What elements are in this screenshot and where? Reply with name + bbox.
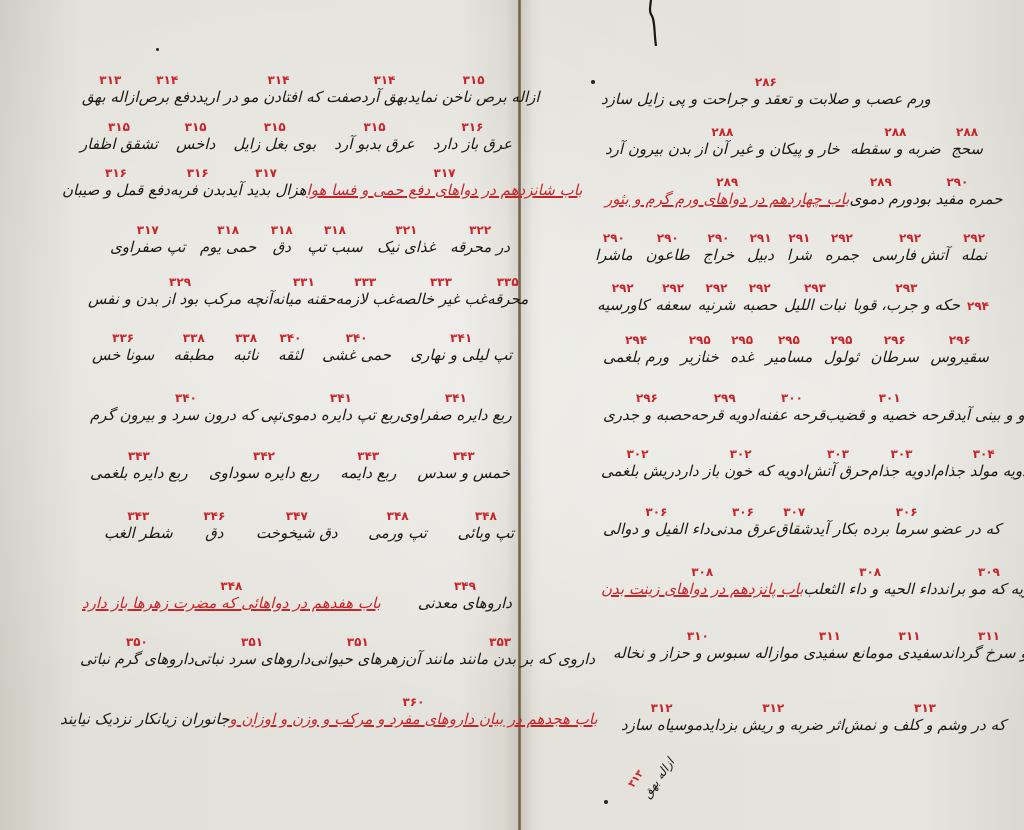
page-number: ۲۹۲ (963, 232, 985, 244)
index-entry: ۳۴۶دق (203, 510, 225, 542)
entry-title: ماشرا (595, 246, 633, 264)
index-entry: ۳۴۳شطر الغب (104, 510, 173, 542)
entry-title: در محرقه (450, 238, 510, 256)
page-number: ۳۱۳ (99, 74, 121, 86)
index-entry: ۳۰۶داء الفیل و دوالی (603, 506, 710, 538)
page-number: ۳۱۶ (105, 167, 127, 179)
page-number: ۳۰۸ (691, 566, 713, 578)
index-entry: ۳۰۹ادویه که مو براند (937, 566, 1024, 598)
index-entry: ۲۸۸ضربه و سقطه (850, 126, 941, 158)
page-number: ۳۱۴ (373, 74, 395, 86)
page-number: ۳۴۲ (253, 450, 275, 462)
page-number: ۲۹۵ (689, 334, 711, 346)
entry-title: آتش فارسی (872, 246, 948, 264)
index-entry: ۳۱۱مو سرخ گرداند (942, 630, 1024, 662)
entry-title: ادویه مولد جذام (934, 462, 1024, 480)
entry-title: ربع دایره بلغمی (90, 464, 188, 482)
entry-title: صفت که افتادن مو در ارید (196, 88, 361, 106)
entry-title: ادویه جذام (869, 462, 935, 480)
index-row: ۳۲۹آنچه مرکب بود از بدن و نفس۳۳۱حقنه میا… (88, 276, 510, 308)
page-number: ۳۴۹ (454, 580, 476, 592)
entry-title: دفع قمل و صیبان (62, 181, 170, 199)
page-number: ۲۹۵ (830, 334, 852, 346)
index-entry: ۲۹۲آتش فارسی (872, 232, 948, 264)
chapter-heading: باب هفدهم در دواهائی که مضرت زهرها باز د… (82, 594, 381, 612)
page-number: ۲۹۵ (731, 334, 753, 346)
page-number: ۲۸۹ (716, 176, 738, 188)
index-row: ۲۸۸خار و پیکان و غیر آن از بدن بیرون آرد… (605, 126, 983, 158)
index-entry: ۲۹۲شرنیه (698, 282, 736, 314)
index-entry: ۳۵۱زهرهای حیوانی (310, 636, 405, 668)
page-number: ۳۴۶ (203, 510, 225, 522)
index-row: ۳۰۸باب پانزدهم در دواهای زینت بدن۳۰۸داء … (601, 566, 993, 598)
index-row: ۳۱۶دفع قمل و صیبان۳۱۶بدن فربه۳۱۷هزال بدی… (62, 167, 512, 199)
index-entry: ۳۱۲موسیاه سازد (621, 702, 702, 734)
page-number: ۳۱۵ (364, 121, 386, 133)
index-entry: ۳۰۴ادویه مولد جذام (934, 448, 1024, 480)
page-number: ۲۸۶ (755, 76, 777, 88)
index-entry: ۳۰۸باب پانزدهم در دواهای زینت بدن (601, 566, 803, 598)
index-entry: ۲۹۰خراج (703, 232, 734, 264)
index-row: ۳۰۲ریش بلغمی۳۰۲ادویه که خون باز دارد۳۰۳ح… (601, 448, 991, 480)
index-entry: ۳۲۹آنچه مرکب بود از بدن و نفس (88, 276, 272, 308)
page-number: ۳۱۸ (324, 224, 346, 236)
page-number: ۳۵۰ (126, 636, 148, 648)
index-entry: ۲۹۲کاورسیه (597, 282, 648, 314)
page-number: ۲۹۴ (625, 334, 647, 346)
index-entry: ۳۵۱داروهای سرد نباتی (194, 636, 311, 668)
page-number: ۳۴۳ (128, 450, 150, 462)
page-number: ۳۰۶ (732, 506, 754, 518)
index-entry: ۳۵۰داروهای گرم نباتی (80, 636, 194, 668)
entry-title: ورم بلغمی (603, 348, 669, 366)
index-entry: ۳۱۷تپ صفراوی (110, 224, 185, 256)
index-row: ۲۹۲کاورسیه۲۹۲سعفه۲۹۲شرنیه۲۹۲حصبه۲۹۳نبات … (597, 282, 989, 314)
index-entry: ۳۳۱حقنه میانه (272, 276, 336, 308)
index-entry: ۳۴۳ربع دایمه (340, 450, 396, 482)
entry-title: موسیاه سازد (621, 716, 702, 734)
index-entry: ۳۴۰لثقه (278, 332, 303, 364)
entry-title: داء الحیه و داء الثعلب (803, 580, 936, 598)
entry-title: حمی غشی (322, 346, 391, 364)
entry-title: خار و پیکان و غیر آن از بدن بیرون آرد (605, 140, 840, 158)
index-entry: ۲۹۲نمله (961, 232, 987, 264)
index-entry: ۳۱۵بوی بغل زایل (233, 121, 316, 153)
index-row: ۳۱۵تشقق اظفار۳۱۵داخس۳۱۵بوی بغل زایل۳۱۵عر… (80, 121, 512, 153)
index-entry: ۲۹۵ثولول (824, 334, 859, 366)
index-entry: ۳۰۳ادویه جذام (869, 448, 935, 480)
page-number: ۳۱۱ (819, 630, 841, 642)
index-entry: ۳۴۰تپی که درون سرد و بیرون گرم (90, 392, 282, 424)
entry-title: عرق بدبو آرد (334, 135, 414, 153)
page-number: ۳۴۳ (357, 450, 379, 462)
entry-title: زهرهای حیوانی (310, 650, 405, 668)
page-number: ۳۰۲ (730, 448, 752, 460)
entry-title: ربع دایره سوداوی (209, 464, 319, 482)
page-number: ۳۰۴ (973, 448, 995, 460)
entry-title: قرحه که در روی دو و بینی آید (954, 406, 1024, 424)
index-row: ۲۹۰ماشرا۲۹۰طاعون۲۹۰خراج۲۹۱دبیل۲۹۱شرا۲۹۲ج… (595, 232, 987, 264)
page-number: ۳۱۷ (434, 167, 456, 179)
page-number: ۳۵۱ (347, 636, 369, 648)
index-entry: ۲۹۰طاعون (646, 232, 690, 264)
entry-title: حرق آتش (807, 462, 868, 480)
manuscript-spread: ۳۱۳ازاله بهق۳۱۴دفع برص۳۱۴صفت که افتادن م… (0, 0, 1024, 830)
entry-title: ادویه قرحه (691, 406, 759, 424)
entry-title: غده (730, 348, 754, 366)
index-entry: ۲۹۲حصبه (742, 282, 777, 314)
page-number: ۲۹۲ (612, 282, 634, 294)
index-entry: ۳۱۸سبب تپ (307, 224, 363, 256)
page-number: ۳۱۷ (137, 224, 159, 236)
index-entry: ۳۱۰ازاله سبوس و حزاز و نخاله (613, 630, 783, 662)
index-entry: ۳۱۳ازاله بهق (82, 74, 139, 106)
page-number: ۳۴۰ (279, 332, 301, 344)
page-number: ۳۱۲ (651, 702, 673, 714)
page-number: ۳۱۸ (271, 224, 293, 236)
index-entry: ۳۱۶دفع قمل و صیبان (62, 167, 170, 199)
index-entry: ۲۹۵غده (730, 334, 754, 366)
index-entry: ۳۰۷شقاق (776, 506, 812, 538)
page-number: ۳۴۱ (450, 332, 472, 344)
index-entry: ۲۹۰ماشرا (595, 232, 633, 264)
entry-title: داروهای گرم نباتی (80, 650, 194, 668)
index-entry: ۳۱۸حمی یوم (200, 224, 256, 256)
page-number: ۳۶۰ (403, 696, 425, 708)
index-entry: ۳۳۸مطبقه (174, 332, 215, 364)
entry-title: که در عضو سرما برده بکار آید (812, 520, 1000, 538)
entry-title: ربع دایره صفراوی (400, 406, 512, 424)
page-number: ۳۱۷ (255, 167, 277, 179)
page-number: ۳۰۳ (891, 448, 913, 460)
index-row: ۳۵۰داروهای گرم نباتی۳۵۱داروهای سرد نباتی… (80, 636, 512, 668)
index-entry: ۳۱۷هزال بدید آید (225, 167, 306, 199)
entry-title: غذای نیک (377, 238, 436, 256)
index-entry: ۳۱۴صفت که افتادن مو در ارید (196, 74, 361, 106)
page-number: ۲۸۸ (711, 126, 733, 138)
index-entry: ۳۱۶عرق باز دارد (433, 121, 512, 153)
entry-title: داخس (176, 135, 215, 153)
page-number: ۲۹۴ (967, 300, 989, 312)
page-number: ۲۹۰ (708, 232, 730, 244)
index-row: ۲۸۹باب چهاردهم در دواهای ورم گرم و بثور۲… (605, 176, 985, 208)
index-entry: ۲۸۸خار و پیکان و غیر آن از بدن بیرون آرد (605, 126, 840, 158)
page-number: ۳۴۰ (346, 332, 368, 344)
left-page: ۳۱۳ازاله بهق۳۱۴دفع برص۳۱۴صفت که افتادن م… (0, 0, 518, 830)
page-number: ۳۱۵ (463, 74, 485, 86)
index-entry: ۳۳۳غب غیر خالصه (395, 276, 487, 308)
entry-title: کاورسیه (597, 296, 648, 314)
entry-title: اثر ضربه و ریش بزداید (702, 716, 844, 734)
entry-title: تپ لیلی و نهاری (410, 346, 512, 364)
page-number: ۳۳۶ (112, 332, 134, 344)
entry-title: دبیل (747, 246, 774, 264)
entry-title: شرا (787, 246, 812, 264)
page-number: ۳۳۳ (430, 276, 452, 288)
entry-title: عرق باز دارد (433, 135, 512, 153)
page-number: ۳۰۸ (859, 566, 881, 578)
entry-title: بهق آرد (361, 88, 407, 106)
page-number: ۳۱۱ (899, 630, 921, 642)
page-number: ۳۲۱ (395, 224, 417, 236)
index-row: ۳۱۷تپ صفراوی۳۱۸حمی یوم۳۱۸دق۳۱۸سبب تپ۳۲۱غ… (110, 224, 510, 256)
entry-title: لثقه (278, 346, 303, 364)
entry-title: ادویه که خون باز دارد (674, 462, 807, 480)
index-entry: ۳۴۲ربع دایره سوداوی (209, 450, 319, 482)
entry-title: نبات اللیل (784, 296, 846, 314)
index-entry: ۳۳۶سونا خس (92, 332, 154, 364)
page-number: ۳۴۰ (175, 392, 197, 404)
entry-title: سونا خس (92, 346, 154, 364)
entry-title: خمس و سدس (417, 464, 510, 482)
index-entry: ۲۹۶حصبه و جدری (603, 392, 691, 424)
index-entry: ۳۴۷دق شیخوخت (256, 510, 338, 542)
page-number: ۳۰۲ (626, 448, 648, 460)
entry-title: ضربه و سقطه (850, 140, 941, 158)
index-row: ۳۱۲موسیاه سازد۳۱۲اثر ضربه و ریش بزداید۳۱… (621, 702, 991, 734)
entry-title: نمله (961, 246, 987, 264)
page-number: ۲۹۲ (899, 232, 921, 244)
entry-title: داروهای سرد نباتی (194, 650, 311, 668)
entry-title: ربع تپ دایره دموی (282, 406, 400, 424)
page-number: ۲۹۰ (946, 176, 968, 188)
page-number: ۳۰۹ (978, 566, 1000, 578)
entry-title: حصبه و جدری (603, 406, 691, 424)
entry-title: حمره مفید بود (912, 190, 1002, 208)
entry-title: شطر الغب (104, 524, 173, 542)
index-entry: ۳۱۲اثر ضربه و ریش بزداید (702, 702, 844, 734)
entry-title: بوی بغل زایل (233, 135, 316, 153)
entry-title: شقاق (776, 520, 812, 538)
entry-title: داء الفیل و دوالی (603, 520, 710, 538)
page-number: ۲۹۲ (831, 232, 853, 244)
page-number: ۳۱۵ (108, 121, 130, 133)
entry-title: غب غیر خالصه (395, 290, 487, 308)
entry-title: دق (273, 238, 291, 256)
entry-title: قرحه عفنه (759, 406, 826, 424)
index-entry: ۲۹۱شرا (787, 232, 812, 264)
page-number: ۲۹۲ (749, 282, 771, 294)
page-number: ۳۱۱ (978, 630, 1000, 642)
page-number: ۳۱۶ (461, 121, 483, 133)
index-entry: ۳۱۵ازاله برص ناخن نماید (408, 74, 540, 106)
entry-title: که در وشم و کلف و نمش (844, 716, 1006, 734)
index-entry: جانوران زیانکار نزدیک نیایند (60, 708, 229, 728)
index-row: ۳۳۶سونا خس۳۳۸مطبقه۳۳۸نائبه۳۴۰لثقه۳۴۰حمی … (92, 332, 512, 364)
page-number: ۳۵۳ (489, 636, 511, 648)
index-entry: ۲۹۵مسامیر (765, 334, 812, 366)
entry-title: خراج (703, 246, 734, 264)
index-entry: ۳۲۲در محرقه (450, 224, 510, 256)
page-number: ۳۰۳ (827, 448, 849, 460)
index-entry: ۲۹۴ورم بلغمی (603, 334, 669, 366)
page-number: ۳۴۸ (475, 510, 497, 522)
page-number: ۳۴۳ (453, 450, 475, 462)
index-entry: ۳۰۳حرق آتش (807, 448, 868, 480)
entry-title: ورم عصب و صلابت و تعقد و جراحت و پی زایل… (601, 90, 931, 108)
entry-title: سحج (951, 140, 983, 158)
entry-title: حمی یوم (200, 238, 256, 256)
index-row: ۲۹۴ورم بلغمی۲۹۵خنازیر۲۹۵غده۲۹۵مسامیر۲۹۵ث… (603, 334, 989, 366)
page-number: ۲۹۲ (706, 282, 728, 294)
index-entry: ۳۱۴دفع برص (139, 74, 196, 106)
index-row: ۳۴۸باب هفدهم در دواهائی که مضرت زهرها با… (82, 580, 512, 612)
page-number: ۳۲۲ (469, 224, 491, 236)
page-number: ۲۸۹ (870, 176, 892, 188)
index-entry: ۲۹۵خنازیر (681, 334, 719, 366)
index-entry: ۳۱۵عرق بدبو آرد (334, 121, 414, 153)
index-entry: ۳۴۳ربع دایره بلغمی (90, 450, 188, 482)
index-entry: ۳۲۱غذای نیک (377, 224, 436, 256)
entry-title: آنچه مرکب بود از بدن و نفس (88, 290, 272, 308)
index-entry: ۳۱۵تشقق اظفار (80, 121, 158, 153)
page-number: ۳۴۳ (127, 510, 149, 522)
page-number: ۲۹۰ (603, 232, 625, 244)
entry-title: ازاله سبوس و حزاز و نخاله (613, 644, 783, 662)
entry-title: غب لازمه (336, 290, 395, 308)
chapter-heading: باب چهاردهم در دواهای ورم گرم و بثور (605, 190, 849, 208)
index-entry: ۳۰۲قرحه که در روی دو و بینی آید (954, 392, 1024, 424)
entry-title: ربع دایمه (340, 464, 396, 482)
index-entry: ۳۰۶که در عضو سرما برده بکار آید (812, 506, 1000, 538)
page-number: ۳۳۸ (183, 332, 205, 344)
page-number: ۲۸۸ (956, 126, 978, 138)
right-page: ۲۸۶ورم عصب و صلابت و تعقد و جراحت و پی ز… (521, 0, 1024, 830)
page-number: ۳۴۱ (445, 392, 467, 404)
page-number: ۳۱۵ (185, 121, 207, 133)
page-number: ۳۰۰ (781, 392, 803, 404)
index-entry: ۳۴۱تپ لیلی و نهاری (410, 332, 512, 364)
page-number: ۲۹۳ (804, 282, 826, 294)
index-entry: ۲۸۶ورم عصب و صلابت و تعقد و جراحت و پی ز… (601, 76, 931, 108)
index-entry: ۳۰۲ادویه که خون باز دارد (674, 448, 807, 480)
index-entry: ۳۴۱ربع تپ دایره دموی (282, 392, 400, 424)
index-row: ۳۴۰تپی که درون سرد و بیرون گرم۳۴۱ربع تپ … (90, 392, 510, 424)
page-number: ۳۱۰ (687, 630, 709, 642)
entry-title: ریش بلغمی (601, 462, 674, 480)
entry-title: شرنیه (698, 296, 736, 314)
index-entry: ۲۹۶سقیروس (930, 334, 989, 366)
index-entry: ۲۹۲جمره (825, 232, 859, 264)
index-entry: ۳۰۱قرحه خصیه و قضیب (825, 392, 954, 424)
page-number: ۳۳۸ (235, 332, 257, 344)
page-number: ۳۱۶ (187, 167, 209, 179)
index-entry: ۲۸۹باب چهاردهم در دواهای ورم گرم و بثور (605, 176, 849, 208)
entry-title: ورم دموی (849, 190, 912, 208)
page-number: ۳۰۶ (896, 506, 918, 518)
page-number: ۳۱۲ (762, 702, 784, 714)
index-entry: ۳۱۴بهق آرد (361, 74, 407, 106)
entry-title: جمره (825, 246, 859, 264)
index-entry: ۳۱۸دق (271, 224, 293, 256)
page-number: ۳۴۷ (286, 510, 308, 522)
page-number: ۳۱۳ (914, 702, 936, 714)
entry-title: حکه و جرب، قوبا (853, 296, 960, 314)
entry-title: سبب تپ (307, 238, 363, 256)
index-row: ۳۴۳شطر الغب۳۴۶دق۳۴۷دق شیخوخت۳۴۸تپ ورمی۳۴… (104, 510, 514, 542)
page-number: ۲۹۲ (662, 282, 684, 294)
page-number: ۲۹۱ (750, 232, 772, 244)
index-row: ۳۱۳ازاله بهق۳۱۴دفع برص۳۱۴صفت که افتادن م… (82, 74, 512, 106)
page-number: ۲۹۱ (788, 232, 810, 244)
index-entry: ۲۹۶سرطان (871, 334, 919, 366)
entry-title: سفیدی مو (877, 644, 942, 662)
entry-title: دق (205, 524, 223, 542)
page-number: ۳۱۵ (264, 121, 286, 133)
index-entry: ۲۹۱دبیل (747, 232, 774, 264)
entry-title: حقنه میانه (272, 290, 336, 308)
entry-title: نائبه (233, 346, 259, 364)
entry-title: تشقق اظفار (80, 135, 158, 153)
entry-title: سعفه (655, 296, 690, 314)
index-entry: ۲۹۹ادویه قرحه (691, 392, 759, 424)
index-entry: ۳۴۱ربع دایره صفراوی (400, 392, 512, 424)
index-entry: ۳۴۹داروهای معدنی (418, 580, 512, 612)
index-row: ۲۸۶ورم عصب و صلابت و تعقد و جراحت و پی ز… (601, 76, 981, 108)
index-entry: ۳۴۸تپ ورمی (368, 510, 427, 542)
index-entry: ۳۱۱سفیدی مو (877, 630, 942, 662)
index-entry: ۲۹۴ (967, 300, 989, 314)
page-number: ۳۱۸ (217, 224, 239, 236)
index-row: ۳۱۰ازاله سبوس و حزاز و نخاله۳۱۱مانع سفید… (613, 630, 991, 662)
index-entry: ۳۱۱مانع سفیدی مو (783, 630, 877, 662)
entry-title: ادویه که مو براند (937, 580, 1024, 598)
entry-title: سرطان (871, 348, 919, 366)
page-number: ۳۴۸ (387, 510, 409, 522)
page-number: ۳۵۱ (241, 636, 263, 648)
entry-title: داروهای معدنی (418, 594, 512, 612)
index-entry: ۳۳۸نائبه (233, 332, 259, 364)
entry-title: خنازیر (681, 348, 719, 366)
page-number: ۳۰۶ (645, 506, 667, 518)
page-number: ۲۹۶ (949, 334, 971, 346)
page-number: ۳۴۸ (220, 580, 242, 592)
index-entry: ۲۸۸سحج (951, 126, 983, 158)
entry-title: ثولول (824, 348, 859, 366)
page-number: ۲۹۳ (895, 282, 917, 294)
entry-title: مو سرخ گرداند (942, 644, 1024, 662)
page-number: ۲۸۸ (884, 126, 906, 138)
index-row: ۲۹۶حصبه و جدری۲۹۹ادویه قرحه۳۰۰قرحه عفنه۳… (603, 392, 989, 424)
index-entry: ۲۹۰حمره مفید بود (912, 176, 1002, 208)
page-number: ۲۹۰ (657, 232, 679, 244)
index-entry: ۳۴۸باب هفدهم در دواهائی که مضرت زهرها با… (82, 580, 381, 612)
index-entry: ۳۰۰قرحه عفنه (759, 392, 826, 424)
index-row: ۳۰۶داء الفیل و دوالی۳۰۶عرق مدنی۳۰۷شقاق۳۰… (603, 506, 991, 538)
entry-title: مانع سفیدی مو (783, 644, 877, 662)
entry-title: حصبه (742, 296, 777, 314)
index-entry: ۳۰۸داء الحیه و داء الثعلب (803, 566, 936, 598)
page-number: ۳۳۵ (497, 276, 519, 288)
entry-title: تپ وبائی (458, 524, 514, 542)
index-entry: ۳۱۳که در وشم و کلف و نمش (844, 702, 1006, 734)
index-entry: ۳۱۵داخس (176, 121, 215, 153)
index-entry: ۲۹۳حکه و جرب، قوبا (853, 282, 960, 314)
entry-title: مسامیر (765, 348, 812, 366)
index-entry: ۳۴۳خمس و سدس (417, 450, 510, 482)
page-number: ۳۱۴ (156, 74, 178, 86)
entry-title: طاعون (646, 246, 690, 264)
entry-title: تپ صفراوی (110, 238, 185, 256)
entry-title: هزال بدید آید (225, 181, 306, 199)
entry-title: بدن فربه (170, 181, 226, 199)
entry-title: سقیروس (930, 348, 989, 366)
index-entry: ۳۰۲ریش بلغمی (601, 448, 674, 480)
entry-title: دفع برص (139, 88, 196, 106)
entry-title: مطبقه (174, 346, 215, 364)
index-entry: ۲۸۹ورم دموی (849, 176, 912, 208)
index-entry: ۳۴۸تپ وبائی (458, 510, 514, 542)
